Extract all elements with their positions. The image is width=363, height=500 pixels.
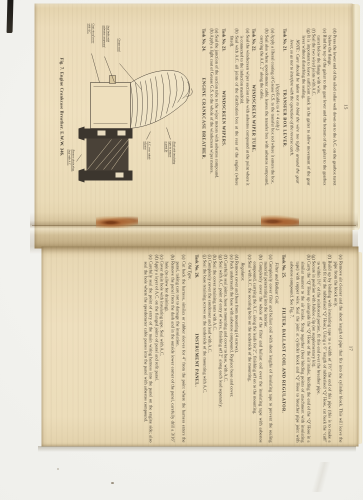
paragraph: (b) Seal also where speedometer cable le… — [259, 28, 269, 185]
scan-streak — [290, 462, 352, 492]
paragraph: (a) Seal the junction of the suction tub… — [214, 28, 219, 185]
task-number: Task No. 23. — [221, 28, 226, 51]
page-15-content: 15 (d) Press the lower end of the oiled … — [59, 3, 352, 248]
paragraph: (f) Seal the two wired joints with A.C. — [311, 28, 316, 185]
task-heading: Task No. 24.ENGINE CRANKCASE BREATHER. — [201, 28, 206, 185]
paragraph: (g) Secure in position with Jubilee clip… — [311, 254, 316, 442]
subheading: Filter and Ballast Coil. — [274, 262, 279, 442]
task-heading: Task No. 23.WINDSCREEN WIPERS. — [221, 28, 226, 185]
paragraph: (e) Remove air cleaner and the short len… — [332, 254, 343, 442]
paragraph: (i) Completely cover the condenser and l… — [207, 254, 212, 442]
figure-label: Seal with A.C. — [67, 149, 70, 165]
paragraph: (d) Apply a layer of A.C. on the flanged… — [153, 254, 158, 442]
breather-body — [78, 126, 132, 182]
task-heading: Task No. 25.FILTER, BALLAST COIL AND REG… — [281, 254, 286, 442]
breather-cover-plate — [90, 75, 130, 128]
paragraph: (e) Pack underneath the base with asbest… — [228, 254, 233, 442]
figure-caption: Fig. 7. Engine Crankcase Breather. E.W.W… — [59, 28, 64, 185]
figure-label: Coat rim of cover — [91, 23, 94, 44]
paragraph: (f) Build up by binding with insulating … — [316, 254, 332, 442]
figure-label: tape to ensure — [168, 141, 171, 158]
page-17-text: (e) Remove air cleaner and the short len… — [142, 254, 343, 442]
task-heading: Task No. 21.TRANSFER BOX LEVER. — [281, 28, 286, 185]
task-title: WINDSCREEN WIPER TUBE. — [251, 51, 256, 185]
paragraph: (f) Carefully seal joints, base to mount… — [223, 254, 228, 442]
paragraph: (e) Carefully seal the point of entry of… — [142, 254, 153, 442]
paragraph: (c) Cover drain hole with insulating tap… — [159, 254, 164, 442]
fold-crease-line — [32, 225, 356, 226]
scan-artifact-mark — [7, 0, 14, 33]
figure-label: Bind with insulating — [172, 141, 175, 164]
task-number: Task No. 26. — [193, 254, 198, 278]
paragraph: (a) Seal the windscreen wiper suction tu… — [239, 28, 249, 185]
page-15: 15 (d) Press the lower end of the oiled … — [34, 3, 352, 248]
task-title: WINDSCREEN WIPERS. — [221, 51, 226, 185]
paragraph: (b) Apply a light coat of Grease G.S. to… — [209, 28, 214, 185]
task-number: Task No. 22. — [251, 28, 256, 51]
center-note: (Applicable to 4 × 4 only.) — [275, 28, 280, 185]
paragraph: (b) Completely cover the whole of the fi… — [252, 254, 263, 442]
paragraph: (a) Cut back the harness, similax or rub… — [175, 254, 186, 442]
page-17-region: 17 (e) Remove air cleaner and the short … — [41, 246, 358, 446]
paragraph: (e) Bind the top of the gaiter to the ge… — [316, 28, 326, 185]
page-edge-strip — [358, 252, 362, 444]
figure-label: with A.C. — [87, 23, 90, 34]
figure-label: of joint — [143, 141, 146, 149]
page-drop-shadow — [38, 446, 356, 452]
figure-label: Remove drain plug. — [71, 148, 74, 171]
paragraph: (c) Seal with A.C. the securing bolts on… — [246, 254, 251, 442]
paragraph: (h) Seal the cover retaining nuts with A… — [212, 254, 217, 442]
paragraph: (b) Seal with A.C. all joints of the dis… — [229, 28, 239, 185]
page-number: 17 — [348, 254, 353, 442]
page-17-content: 17 (e) Remove air cleaner and the short … — [142, 246, 358, 446]
task-heading: Task No. 26.INSTRUMENT PANEL. — [193, 254, 198, 442]
task-title: TRANSFER BOX LEVER. — [281, 51, 286, 185]
page-15-region: 15 (d) Press the lower end of the oiled … — [34, 3, 352, 248]
figure-label: Grease seal — [117, 38, 120, 51]
task-number: Task No. 25. — [281, 254, 286, 278]
subheading: Old Type. — [186, 262, 191, 442]
page-number: 15 — [343, 28, 348, 185]
page-17: 17 (e) Remove air cleaner and the short … — [41, 246, 358, 446]
page-edge-strip — [352, 4, 360, 230]
paper-speck — [57, 468, 59, 470]
page-15-text: (d) Press the lower end of the oiled col… — [201, 28, 337, 185]
figure-label: A.C. over whole — [147, 140, 150, 160]
task-number: Task No. 24. — [201, 28, 206, 51]
task-title: INSTRUMENT PANEL. — [193, 278, 198, 442]
paragraph: (d) Press the lower end of the oiled col… — [327, 28, 337, 185]
task-title: FILTER, BALLAST COIL AND REGULATOR. — [281, 278, 286, 442]
subheading: Regulator. — [240, 262, 245, 442]
figure-label: Seal bolts with — [106, 25, 109, 42]
figure-label: a good fit — [164, 141, 167, 152]
note-paragraph: NOTE: Care should be taken not to bind t… — [289, 39, 299, 185]
mount-foot — [78, 168, 84, 182]
figure-label: asbestos compound — [102, 25, 105, 47]
mount-foot — [78, 126, 84, 140]
task-heading: Task No. 22.WINDSCREEN WIPER TUBE. — [251, 28, 256, 185]
paragraph: (d) Remove cover and base from mounting … — [234, 254, 239, 442]
task-number: Task No. 21. — [281, 28, 286, 51]
paragraph: (b) Remove the panel from the dash and i… — [164, 254, 175, 442]
figure-engine-crankcase-breather: Coat rim of cover with A.C. Seal bolts w… — [65, 23, 199, 203]
paragraph: (a) Completely cover filter and ballast … — [263, 254, 274, 442]
paragraph: (g) It is important to leave sufficient … — [301, 28, 311, 185]
paragraph: (a) Apply a liberal coating of Grease G.… — [269, 28, 274, 185]
paper-speck — [111, 482, 114, 484]
paragraph: (j) Seal the base retaining screws on th… — [201, 254, 206, 442]
paragraph: (g) Seal with A.C. point of entry of wir… — [218, 254, 223, 442]
scanned-book-spread: 15 (d) Press the lower end of the oiled … — [0, 0, 363, 500]
task-title: ENGINE CRANKCASE BREATHER. — [201, 51, 206, 185]
paragraph: (h) Carry the ‘Q’ Hose up alongside the … — [289, 254, 311, 442]
